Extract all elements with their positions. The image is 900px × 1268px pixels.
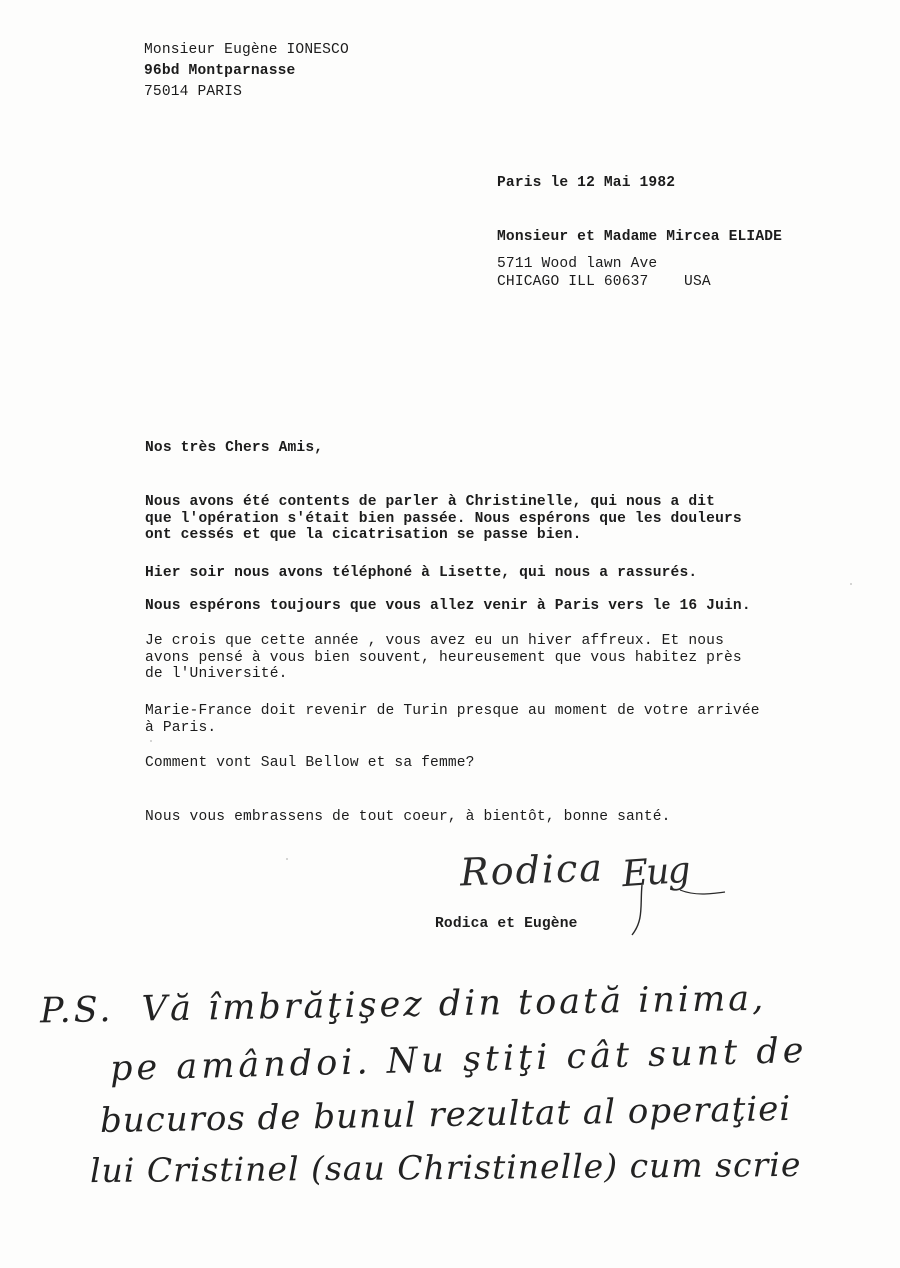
signature-rodica: Rodica — [459, 846, 604, 895]
paragraph-5: Marie-France doit revenir de Turin presq… — [145, 703, 760, 736]
paragraph-line: ont cessés et que la cicatrisation se pa… — [145, 527, 742, 544]
letter-page: Monsieur Eugène IONESCO 96bd Montparnass… — [0, 0, 900, 1268]
recipient-city: CHICAGO ILL 60637 USA — [497, 273, 711, 291]
closing-line: Nous vous embrassens de tout coeur, à bi… — [145, 809, 671, 826]
paragraph-line: Nous avons été contents de parler à Chri… — [145, 494, 742, 511]
postscript-line-2: pe amândoi. Nu ştiţi cât sunt de — [110, 1031, 808, 1089]
recipient-street: 5711 Wood lawn Ave — [497, 255, 711, 273]
sender-city: 75014 PARIS — [144, 82, 349, 103]
sender-name: Monsieur Eugène IONESCO — [144, 40, 349, 61]
postscript-line-4: lui Cristinel (sau Christinelle) cum scr… — [90, 1145, 802, 1190]
salutation: Nos très Chers Amis, — [145, 440, 323, 457]
paragraph-line: Je crois que cette année , vous avez eu … — [145, 633, 742, 650]
paragraph-line: Comment vont Saul Bellow et sa femme? — [145, 755, 475, 772]
paragraph-1: Nous avons été contents de parler à Chri… — [145, 494, 742, 544]
paragraph-line: Nous espérons toujours que vous allez ve… — [145, 598, 751, 615]
signature-flourish-icon — [620, 880, 730, 940]
paragraph-line: Hier soir nous avons téléphoné à Lisette… — [145, 565, 697, 582]
paragraph-line: que l'opération s'était bien passée. Nou… — [145, 511, 742, 528]
paragraph-2: Hier soir nous avons téléphoné à Lisette… — [145, 565, 697, 582]
paragraph-3: Nous espérons toujours que vous allez ve… — [145, 598, 751, 615]
signature-flourish — [620, 880, 730, 945]
paragraph-line: de l'Université. — [145, 666, 742, 683]
paragraph-line: Marie-France doit revenir de Turin presq… — [145, 703, 760, 720]
sender-address: Monsieur Eugène IONESCO 96bd Montparnass… — [144, 40, 349, 103]
signature-typed: Rodica et Eugène — [435, 916, 578, 933]
recipient-address: 5711 Wood lawn Ave CHICAGO ILL 60637 USA — [497, 255, 711, 291]
scan-speck — [850, 583, 852, 585]
paragraph-6: Comment vont Saul Bellow et sa femme? — [145, 755, 475, 772]
paragraph-line: à Paris. — [145, 720, 760, 737]
paragraph-4: Je crois que cette année , vous avez eu … — [145, 633, 742, 683]
date-line: Paris le 12 Mai 1982 — [497, 175, 675, 192]
postscript-line-3: bucuros de bunul rezultat al operaţiei — [100, 1089, 792, 1141]
recipient-name: Monsieur et Madame Mircea ELIADE — [497, 229, 782, 246]
paragraph-line: avons pensé à vous bien souvent, heureus… — [145, 650, 742, 667]
postscript-line-1: P.S. Vă îmbrăţişez din toată inima, — [40, 979, 767, 1032]
scan-speck — [286, 858, 288, 860]
scan-speck — [150, 740, 152, 742]
sender-street: 96bd Montparnasse — [144, 61, 349, 82]
